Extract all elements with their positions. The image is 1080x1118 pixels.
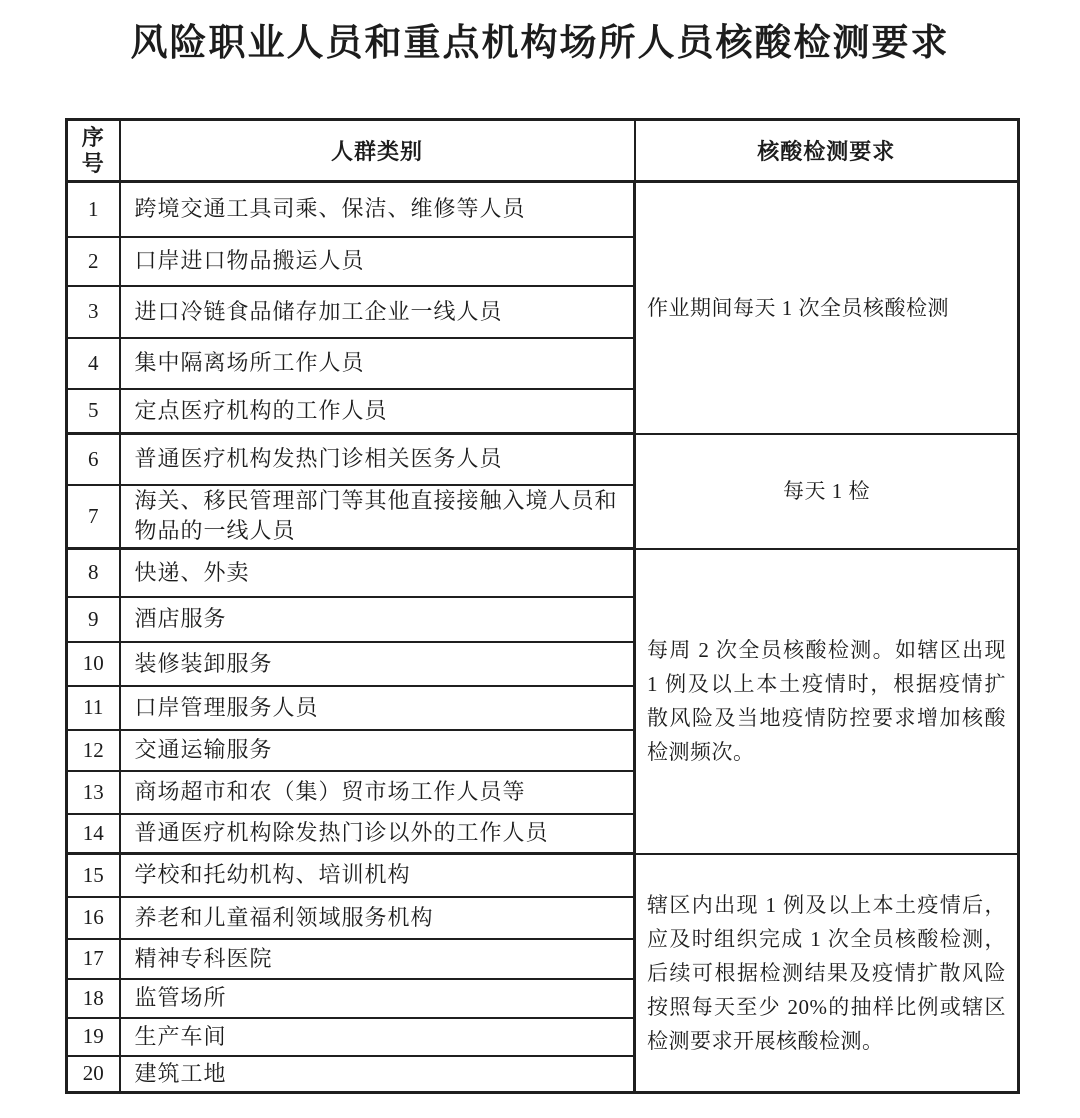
page-title: 风险职业人员和重点机构场所人员核酸检测要求 <box>0 20 1080 68</box>
serial-number-cell: 18 <box>67 979 120 1018</box>
serial-number-cell: 17 <box>67 939 120 979</box>
category-cell: 海关、移民管理部门等其他直接接触入境人员和物品的一线人员 <box>120 485 635 549</box>
header-serial-number: 序号 <box>67 120 120 182</box>
testing-requirements-table: 序号 人群类别 核酸检测要求 1跨境交通工具司乘、保洁、维修等人员作业期间每天 … <box>65 118 1020 1094</box>
table-body: 1跨境交通工具司乘、保洁、维修等人员作业期间每天 1 次全员核酸检测2口岸进口物… <box>67 182 1019 1093</box>
category-cell: 进口冷链食品储存加工企业一线人员 <box>120 286 635 338</box>
requirement-cell: 作业期间每天 1 次全员核酸检测 <box>635 182 1019 434</box>
category-cell: 口岸进口物品搬运人员 <box>120 237 635 286</box>
header-category: 人群类别 <box>120 120 635 182</box>
serial-number-cell: 3 <box>67 286 120 338</box>
category-cell: 快递、外卖 <box>120 549 635 597</box>
category-cell: 商场超市和农（集）贸市场工作人员等 <box>120 771 635 814</box>
serial-number-cell: 7 <box>67 485 120 549</box>
requirement-cell: 辖区内出现 1 例及以上本土疫情后，应及时组织完成 1 次全员核酸检测，后续可根… <box>635 854 1019 1093</box>
category-cell: 集中隔离场所工作人员 <box>120 338 635 389</box>
serial-number-cell: 6 <box>67 434 120 485</box>
table-row: 8快递、外卖每周 2 次全员核酸检测。如辖区出现 1 例及以上本土疫情时，根据疫… <box>67 549 1019 597</box>
table-row: 15学校和托幼机构、培训机构辖区内出现 1 例及以上本土疫情后，应及时组织完成 … <box>67 854 1019 897</box>
category-cell: 酒店服务 <box>120 597 635 642</box>
table-row: 6普通医疗机构发热门诊相关医务人员每天 1 检 <box>67 434 1019 485</box>
serial-number-cell: 14 <box>67 814 120 854</box>
header-requirement: 核酸检测要求 <box>635 120 1019 182</box>
serial-number-cell: 9 <box>67 597 120 642</box>
requirement-cell: 每周 2 次全员核酸检测。如辖区出现 1 例及以上本土疫情时，根据疫情扩散风险及… <box>635 549 1019 854</box>
category-cell: 建筑工地 <box>120 1056 635 1093</box>
category-cell: 精神专科医院 <box>120 939 635 979</box>
table-row: 1跨境交通工具司乘、保洁、维修等人员作业期间每天 1 次全员核酸检测 <box>67 182 1019 237</box>
serial-number-cell: 19 <box>67 1018 120 1056</box>
table-header: 序号 人群类别 核酸检测要求 <box>67 120 1019 182</box>
category-cell: 交通运输服务 <box>120 730 635 771</box>
serial-number-cell: 4 <box>67 338 120 389</box>
serial-number-cell: 15 <box>67 854 120 897</box>
serial-number-cell: 8 <box>67 549 120 597</box>
serial-number-cell: 11 <box>67 686 120 730</box>
serial-number-cell: 10 <box>67 642 120 686</box>
category-cell: 养老和儿童福利领域服务机构 <box>120 897 635 939</box>
serial-number-cell: 2 <box>67 237 120 286</box>
category-cell: 口岸管理服务人员 <box>120 686 635 730</box>
category-cell: 跨境交通工具司乘、保洁、维修等人员 <box>120 182 635 237</box>
serial-number-cell: 5 <box>67 389 120 434</box>
serial-number-cell: 12 <box>67 730 120 771</box>
category-cell: 生产车间 <box>120 1018 635 1056</box>
serial-number-cell: 1 <box>67 182 120 237</box>
serial-number-cell: 13 <box>67 771 120 814</box>
category-cell: 学校和托幼机构、培训机构 <box>120 854 635 897</box>
category-cell: 定点医疗机构的工作人员 <box>120 389 635 434</box>
category-cell: 普通医疗机构除发热门诊以外的工作人员 <box>120 814 635 854</box>
serial-number-cell: 20 <box>67 1056 120 1093</box>
requirement-cell: 每天 1 检 <box>635 434 1019 549</box>
serial-number-cell: 16 <box>67 897 120 939</box>
category-cell: 普通医疗机构发热门诊相关医务人员 <box>120 434 635 485</box>
category-cell: 装修装卸服务 <box>120 642 635 686</box>
category-cell: 监管场所 <box>120 979 635 1018</box>
document-page: 风险职业人员和重点机构场所人员核酸检测要求 序号 人群类别 核酸检测要求 1跨境… <box>0 20 1080 1094</box>
header-row: 序号 人群类别 核酸检测要求 <box>67 120 1019 182</box>
